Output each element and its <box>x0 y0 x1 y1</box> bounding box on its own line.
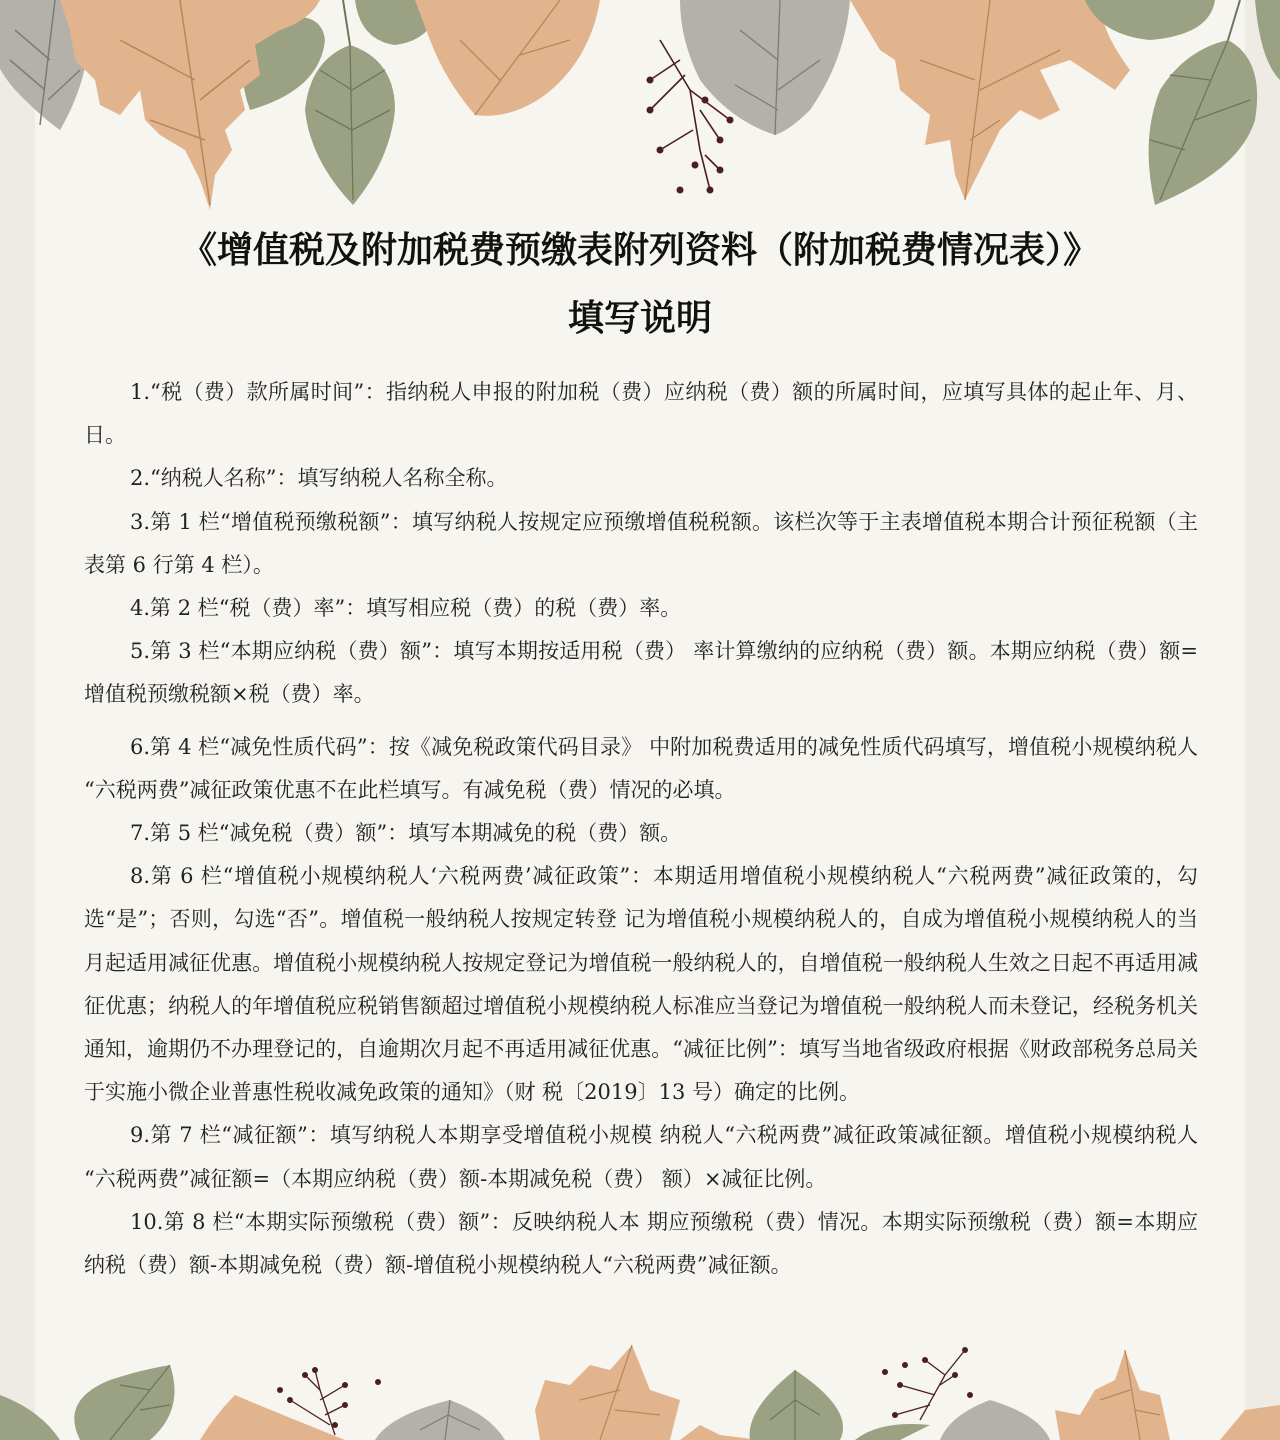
instruction-item-5: 5.第 3 栏“本期应纳税（费）额”：填写本期按适用税（费） 率计算缴纳的应纳税… <box>84 630 1198 716</box>
instructions-body: 1.“税（费）款所属时间”：指纳税人申报的附加税（费）应纳税（费）额的所属时间，… <box>84 371 1198 1287</box>
instruction-item-6: 6.第 4 栏“减免性质代码”：按《减免税政策代码目录》 中附加税费适用的减免性… <box>84 726 1198 812</box>
instruction-item-1: 1.“税（费）款所属时间”：指纳税人申报的附加税（费）应纳税（费）额的所属时间，… <box>84 371 1198 457</box>
instruction-item-10: 10.第 8 栏“本期实际预缴税（费）额”：反映纳税人本 期应预缴税（费）情况。… <box>84 1201 1198 1287</box>
document-title: 《增值税及附加税费预缴表附列资料（附加税费情况表）》 <box>0 222 1280 278</box>
instruction-item-4: 4.第 2 栏“税（费）率”：填写相应税（费）的税（费）率。 <box>84 587 1198 630</box>
instruction-item-2: 2.“纳税人名称”：填写纳税人名称全称。 <box>84 457 1198 500</box>
instruction-item-7: 7.第 5 栏“减免税（费）额”：填写本期减免的税（费）额。 <box>84 812 1198 855</box>
instruction-item-8: 8.第 6 栏“增值税小规模纳税人‘六税两费’减征政策”：本期适用增值税小规模纳… <box>84 855 1198 1114</box>
document-subtitle: 填写说明 <box>0 290 1280 346</box>
instruction-item-9: 9.第 7 栏“减征额”：填写纳税人本期享受增值税小规模 纳税人“六税两费”减征… <box>84 1114 1198 1200</box>
instruction-item-3: 3.第 1 栏“增值税预缴税额”：填写纳税人按规定应预缴增值税税额。该栏次等于主… <box>84 501 1198 587</box>
